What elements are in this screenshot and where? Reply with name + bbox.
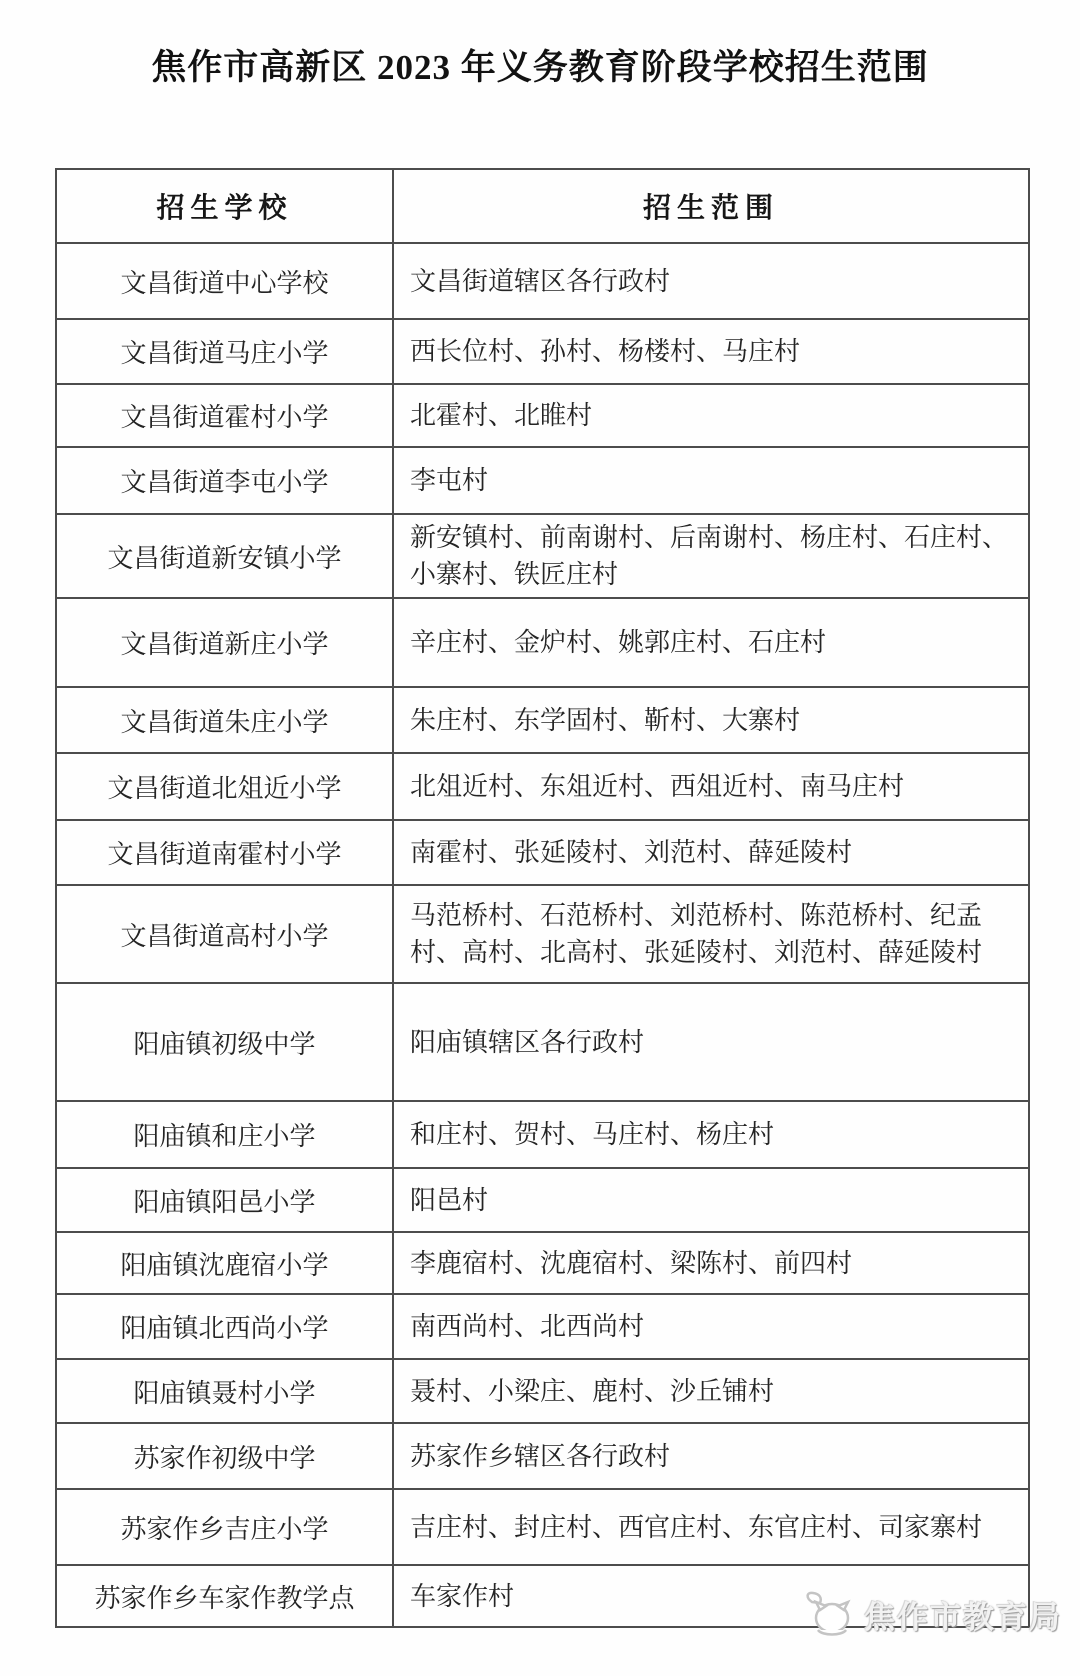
table-row: 文昌街道中心学校文昌街道辖区各行政村 — [56, 243, 1029, 319]
range-cell: 北霍村、北睢村 — [393, 384, 1029, 447]
table-row: 阳庙镇阳邑小学阳邑村 — [56, 1168, 1029, 1232]
table-row: 阳庙镇初级中学阳庙镇辖区各行政村 — [56, 983, 1029, 1101]
column-header-school: 招生学校 — [56, 169, 393, 243]
table-row: 文昌街道朱庄小学朱庄村、东学固村、靳村、大寨村 — [56, 687, 1029, 753]
range-cell: 李屯村 — [393, 447, 1029, 514]
school-cell: 文昌街道李屯小学 — [56, 447, 393, 514]
range-cell: 西长位村、孙村、杨楼村、马庄村 — [393, 319, 1029, 384]
school-cell: 文昌街道马庄小学 — [56, 319, 393, 384]
range-cell: 南霍村、张延陵村、刘范村、薛延陵村 — [393, 820, 1029, 885]
table-row: 阳庙镇聂村小学聂村、小梁庄、鹿村、沙丘铺村 — [56, 1359, 1029, 1423]
range-cell: 阳庙镇辖区各行政村 — [393, 983, 1029, 1101]
watermark-label: 焦作市教育局 — [864, 1592, 1062, 1637]
range-cell: 南西尚村、北西尚村 — [393, 1294, 1029, 1359]
school-cell: 阳庙镇阳邑小学 — [56, 1168, 393, 1232]
table-row: 阳庙镇沈鹿宿小学李鹿宿村、沈鹿宿村、梁陈村、前四村 — [56, 1232, 1029, 1294]
range-cell: 聂村、小梁庄、鹿村、沙丘铺村 — [393, 1359, 1029, 1423]
school-cell: 文昌街道朱庄小学 — [56, 687, 393, 753]
school-cell: 阳庙镇沈鹿宿小学 — [56, 1232, 393, 1294]
range-cell: 阳邑村 — [393, 1168, 1029, 1232]
range-cell: 吉庄村、封庄村、西官庄村、东官庄村、司家寨村 — [393, 1489, 1029, 1565]
range-cell: 和庄村、贺村、马庄村、杨庄村 — [393, 1101, 1029, 1168]
school-cell: 文昌街道高村小学 — [56, 885, 393, 983]
table-row: 文昌街道马庄小学西长位村、孙村、杨楼村、马庄村 — [56, 319, 1029, 384]
table-row: 阳庙镇和庄小学和庄村、贺村、马庄村、杨庄村 — [56, 1101, 1029, 1168]
range-cell: 苏家作乡辖区各行政村 — [393, 1423, 1029, 1489]
table-row: 苏家作初级中学苏家作乡辖区各行政村 — [56, 1423, 1029, 1489]
range-cell: 辛庄村、金炉村、姚郭庄村、石庄村 — [393, 598, 1029, 687]
school-cell: 文昌街道南霍村小学 — [56, 820, 393, 885]
table-row: 文昌街道高村小学马范桥村、石范桥村、刘范桥村、陈范桥村、纪孟村、高村、北高村、张… — [56, 885, 1029, 983]
table-row: 文昌街道北俎近小学北俎近村、东俎近村、西俎近村、南马庄村 — [56, 753, 1029, 820]
range-cell: 马范桥村、石范桥村、刘范桥村、陈范桥村、纪孟村、高村、北高村、张延陵村、刘范村、… — [393, 885, 1029, 983]
range-cell: 朱庄村、东学固村、靳村、大寨村 — [393, 687, 1029, 753]
education-bureau-mascot-icon — [802, 1588, 860, 1640]
range-cell: 李鹿宿村、沈鹿宿村、梁陈村、前四村 — [393, 1232, 1029, 1294]
table-row: 阳庙镇北西尚小学南西尚村、北西尚村 — [56, 1294, 1029, 1359]
watermark: 焦作市教育局 — [802, 1588, 1062, 1640]
school-cell: 阳庙镇初级中学 — [56, 983, 393, 1101]
page-title: 焦作市高新区 2023 年义务教育阶段学校招生范围 — [0, 40, 1080, 90]
table-row: 文昌街道南霍村小学南霍村、张延陵村、刘范村、薛延陵村 — [56, 820, 1029, 885]
table-row: 文昌街道新庄小学辛庄村、金炉村、姚郭庄村、石庄村 — [56, 598, 1029, 687]
school-cell: 阳庙镇和庄小学 — [56, 1101, 393, 1168]
school-cell: 阳庙镇聂村小学 — [56, 1359, 393, 1423]
school-cell: 阳庙镇北西尚小学 — [56, 1294, 393, 1359]
table-row: 文昌街道李屯小学李屯村 — [56, 447, 1029, 514]
header-row: 招生学校 招生范围 — [56, 169, 1029, 243]
school-cell: 文昌街道新安镇小学 — [56, 514, 393, 598]
enrollment-table: 招生学校 招生范围 文昌街道中心学校文昌街道辖区各行政村文昌街道马庄小学西长位村… — [55, 168, 1030, 1628]
school-cell: 文昌街道中心学校 — [56, 243, 393, 319]
school-cell: 苏家作乡吉庄小学 — [56, 1489, 393, 1565]
school-cell: 苏家作初级中学 — [56, 1423, 393, 1489]
school-cell: 苏家作乡车家作教学点 — [56, 1565, 393, 1627]
range-cell: 北俎近村、东俎近村、西俎近村、南马庄村 — [393, 753, 1029, 820]
table-row: 文昌街道新安镇小学新安镇村、前南谢村、后南谢村、杨庄村、石庄村、小寨村、铁匠庄村 — [56, 514, 1029, 598]
school-cell: 文昌街道北俎近小学 — [56, 753, 393, 820]
document-page: 焦作市高新区 2023 年义务教育阶段学校招生范围 招生学校 招生范围 文昌街道… — [0, 0, 1080, 1676]
table-row: 苏家作乡吉庄小学吉庄村、封庄村、西官庄村、东官庄村、司家寨村 — [56, 1489, 1029, 1565]
table-body: 文昌街道中心学校文昌街道辖区各行政村文昌街道马庄小学西长位村、孙村、杨楼村、马庄… — [56, 243, 1029, 1627]
school-cell: 文昌街道霍村小学 — [56, 384, 393, 447]
column-header-range: 招生范围 — [393, 169, 1029, 243]
school-cell: 文昌街道新庄小学 — [56, 598, 393, 687]
table-row: 文昌街道霍村小学北霍村、北睢村 — [56, 384, 1029, 447]
range-cell: 新安镇村、前南谢村、后南谢村、杨庄村、石庄村、小寨村、铁匠庄村 — [393, 514, 1029, 598]
range-cell: 文昌街道辖区各行政村 — [393, 243, 1029, 319]
